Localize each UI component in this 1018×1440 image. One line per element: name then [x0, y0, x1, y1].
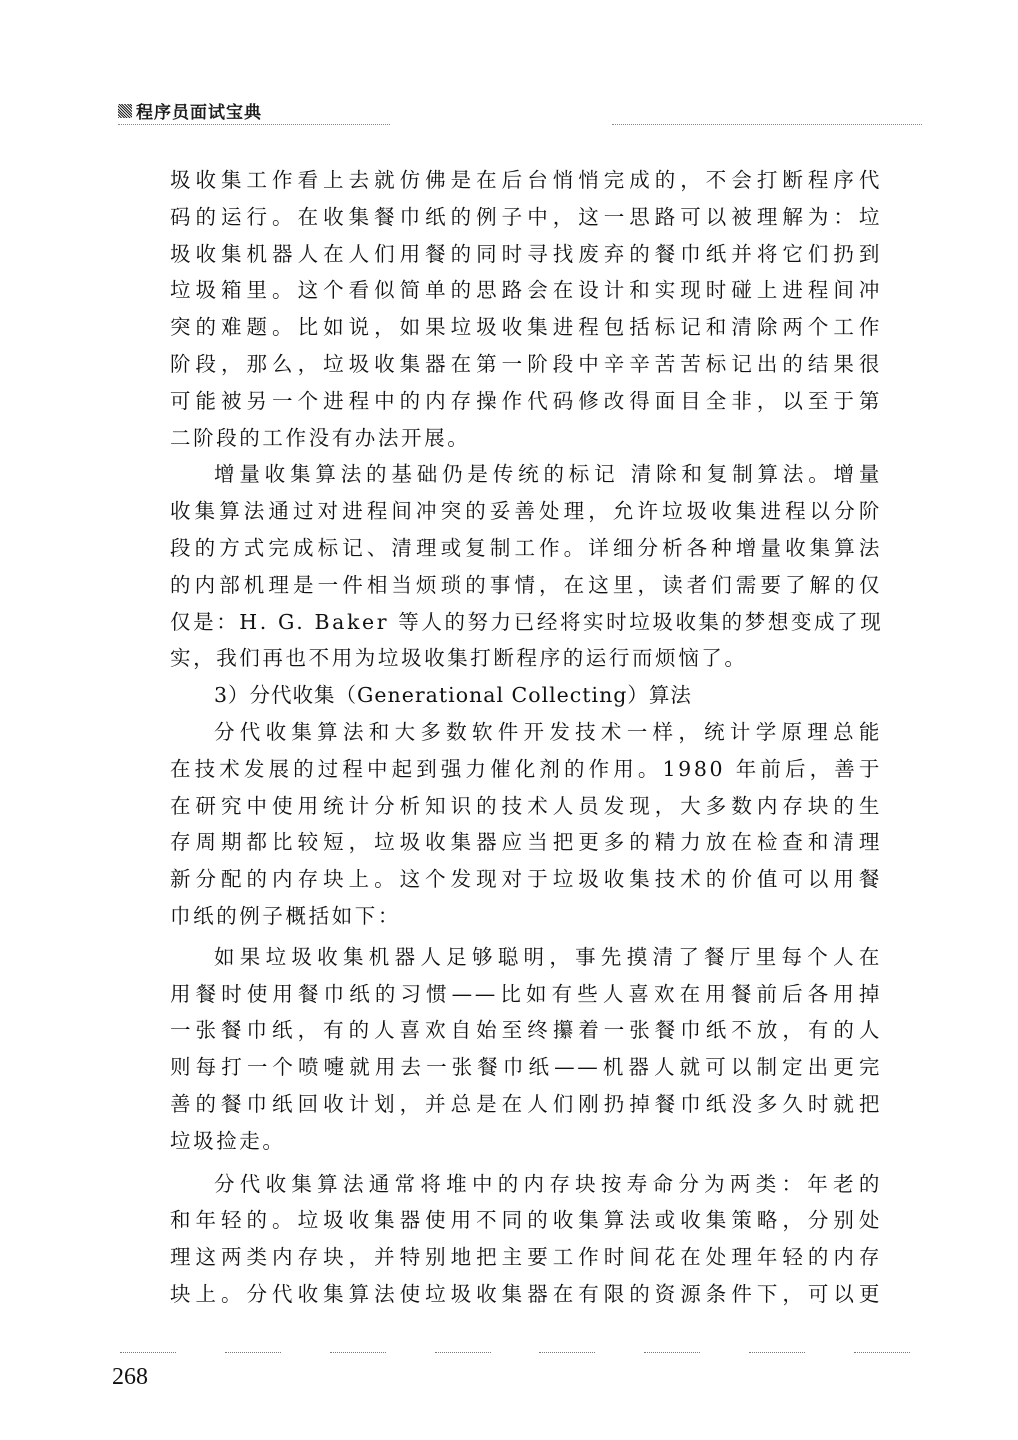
- text-line: 新分配的内存块上。这个发现对于垃圾收集技术的价值可以用餐: [170, 861, 882, 898]
- text-line: 收集算法通过对进程间冲突的妥善处理，允许垃圾收集进程以分阶: [170, 493, 882, 530]
- text-line: 突的难题。比如说，如果垃圾收集进程包括标记和清除两个工作: [170, 309, 882, 346]
- header-rule-left: [118, 124, 390, 125]
- text-line: 如果垃圾收集机器人足够聪明，事先摸清了餐厅里每个人在: [170, 939, 882, 976]
- text-line: 巾纸的例子概括如下：: [170, 898, 882, 935]
- text-line: 码的运行。在收集餐巾纸的例子中，这一思路可以被理解为：垃: [170, 199, 882, 236]
- text-line: 在技术发展的过程中起到强力催化剂的作用。1980 年前后，善于: [170, 751, 882, 788]
- page-number: 268: [112, 1364, 148, 1391]
- text-line: 则每打一个喷嚏就用去一张餐巾纸——机器人就可以制定出更完: [170, 1049, 882, 1086]
- section-heading: 3）分代收集（Generational Collecting）算法: [170, 677, 882, 714]
- text-line: 用餐时使用餐巾纸的习惯——比如有些人喜欢在用餐前后各用掉: [170, 976, 882, 1013]
- paragraph: 分代收集算法和大多数软件开发技术一样，统计学原理总能 在技术发展的过程中起到强力…: [170, 714, 882, 935]
- text-line: 垃圾箱里。这个看似简单的思路会在设计和实现时碰上进程间冲: [170, 272, 882, 309]
- header-rule-right: [612, 124, 922, 125]
- text-line: 阶段，那么，垃圾收集器在第一阶段中辛辛苦苦标记出的结果很: [170, 346, 882, 383]
- text-line: 块上。分代收集算法使垃圾收集器在有限的资源条件下，可以更: [170, 1276, 882, 1313]
- text-line: 圾收集机器人在人们用餐的同时寻找废弃的餐巾纸并将它们扔到: [170, 236, 882, 273]
- text-line: 和年轻的。垃圾收集器使用不同的收集算法或收集策略，分别处: [170, 1202, 882, 1239]
- paragraph: 增量收集算法的基础仍是传统的标记 清除和复制算法。增量 收集算法通过对进程间冲突…: [170, 456, 882, 677]
- paragraph: 圾收集工作看上去就仿佛是在后台悄悄完成的，不会打断程序代 码的运行。在收集餐巾纸…: [170, 162, 882, 456]
- book-title: 程序员面试宝典: [136, 98, 262, 123]
- paragraph: 如果垃圾收集机器人足够聪明，事先摸清了餐厅里每个人在 用餐时使用餐巾纸的习惯——…: [170, 939, 882, 1160]
- paragraph: 分代收集算法通常将堆中的内存块按寿命分为两类：年老的 和年轻的。垃圾收集器使用不…: [170, 1166, 882, 1313]
- text-line: 在研究中使用统计分析知识的技术人员发现，大多数内存块的生: [170, 788, 882, 825]
- book-pattern-icon: [118, 104, 132, 118]
- text-line: 可能被另一个进程中的内存操作代码修改得面目全非，以至于第: [170, 383, 882, 420]
- text-line: 二阶段的工作没有办法开展。: [170, 420, 882, 457]
- text-line: 善的餐巾纸回收计划，并总是在人们刚扔掉餐巾纸没多久时就把: [170, 1086, 882, 1123]
- text-line: 存周期都比较短，垃圾收集器应当把更多的精力放在检查和清理: [170, 824, 882, 861]
- text-line: 分代收集算法通常将堆中的内存块按寿命分为两类：年老的: [170, 1166, 882, 1203]
- heading-text: 3）分代收集（Generational Collecting）算法: [170, 677, 882, 714]
- text-line: 实，我们再也不用为垃圾收集打断程序的运行而烦恼了。: [170, 640, 882, 677]
- text-line: 段的方式完成标记、清理或复制工作。详细分析各种增量收集算法: [170, 530, 882, 567]
- page-body: 圾收集工作看上去就仿佛是在后台悄悄完成的，不会打断程序代 码的运行。在收集餐巾纸…: [170, 162, 882, 1313]
- text-line: 分代收集算法和大多数软件开发技术一样，统计学原理总能: [170, 714, 882, 751]
- text-line: 理这两类内存块，并特别地把主要工作时间花在处理年轻的内存: [170, 1239, 882, 1276]
- text-line: 垃圾捡走。: [170, 1123, 882, 1160]
- text-line: 圾收集工作看上去就仿佛是在后台悄悄完成的，不会打断程序代: [170, 162, 882, 199]
- running-header: 程序员面试宝典: [118, 98, 262, 123]
- footer-rules: [120, 1352, 910, 1353]
- text-line: 的内部机理是一件相当烦琐的事情，在这里，读者们需要了解的仅: [170, 567, 882, 604]
- text-line: 增量收集算法的基础仍是传统的标记 清除和复制算法。增量: [170, 456, 882, 493]
- text-line: 一张餐巾纸，有的人喜欢自始至终攥着一张餐巾纸不放，有的人: [170, 1012, 882, 1049]
- text-line: 仅是：H. G. Baker 等人的努力已经将实时垃圾收集的梦想变成了现: [170, 604, 882, 641]
